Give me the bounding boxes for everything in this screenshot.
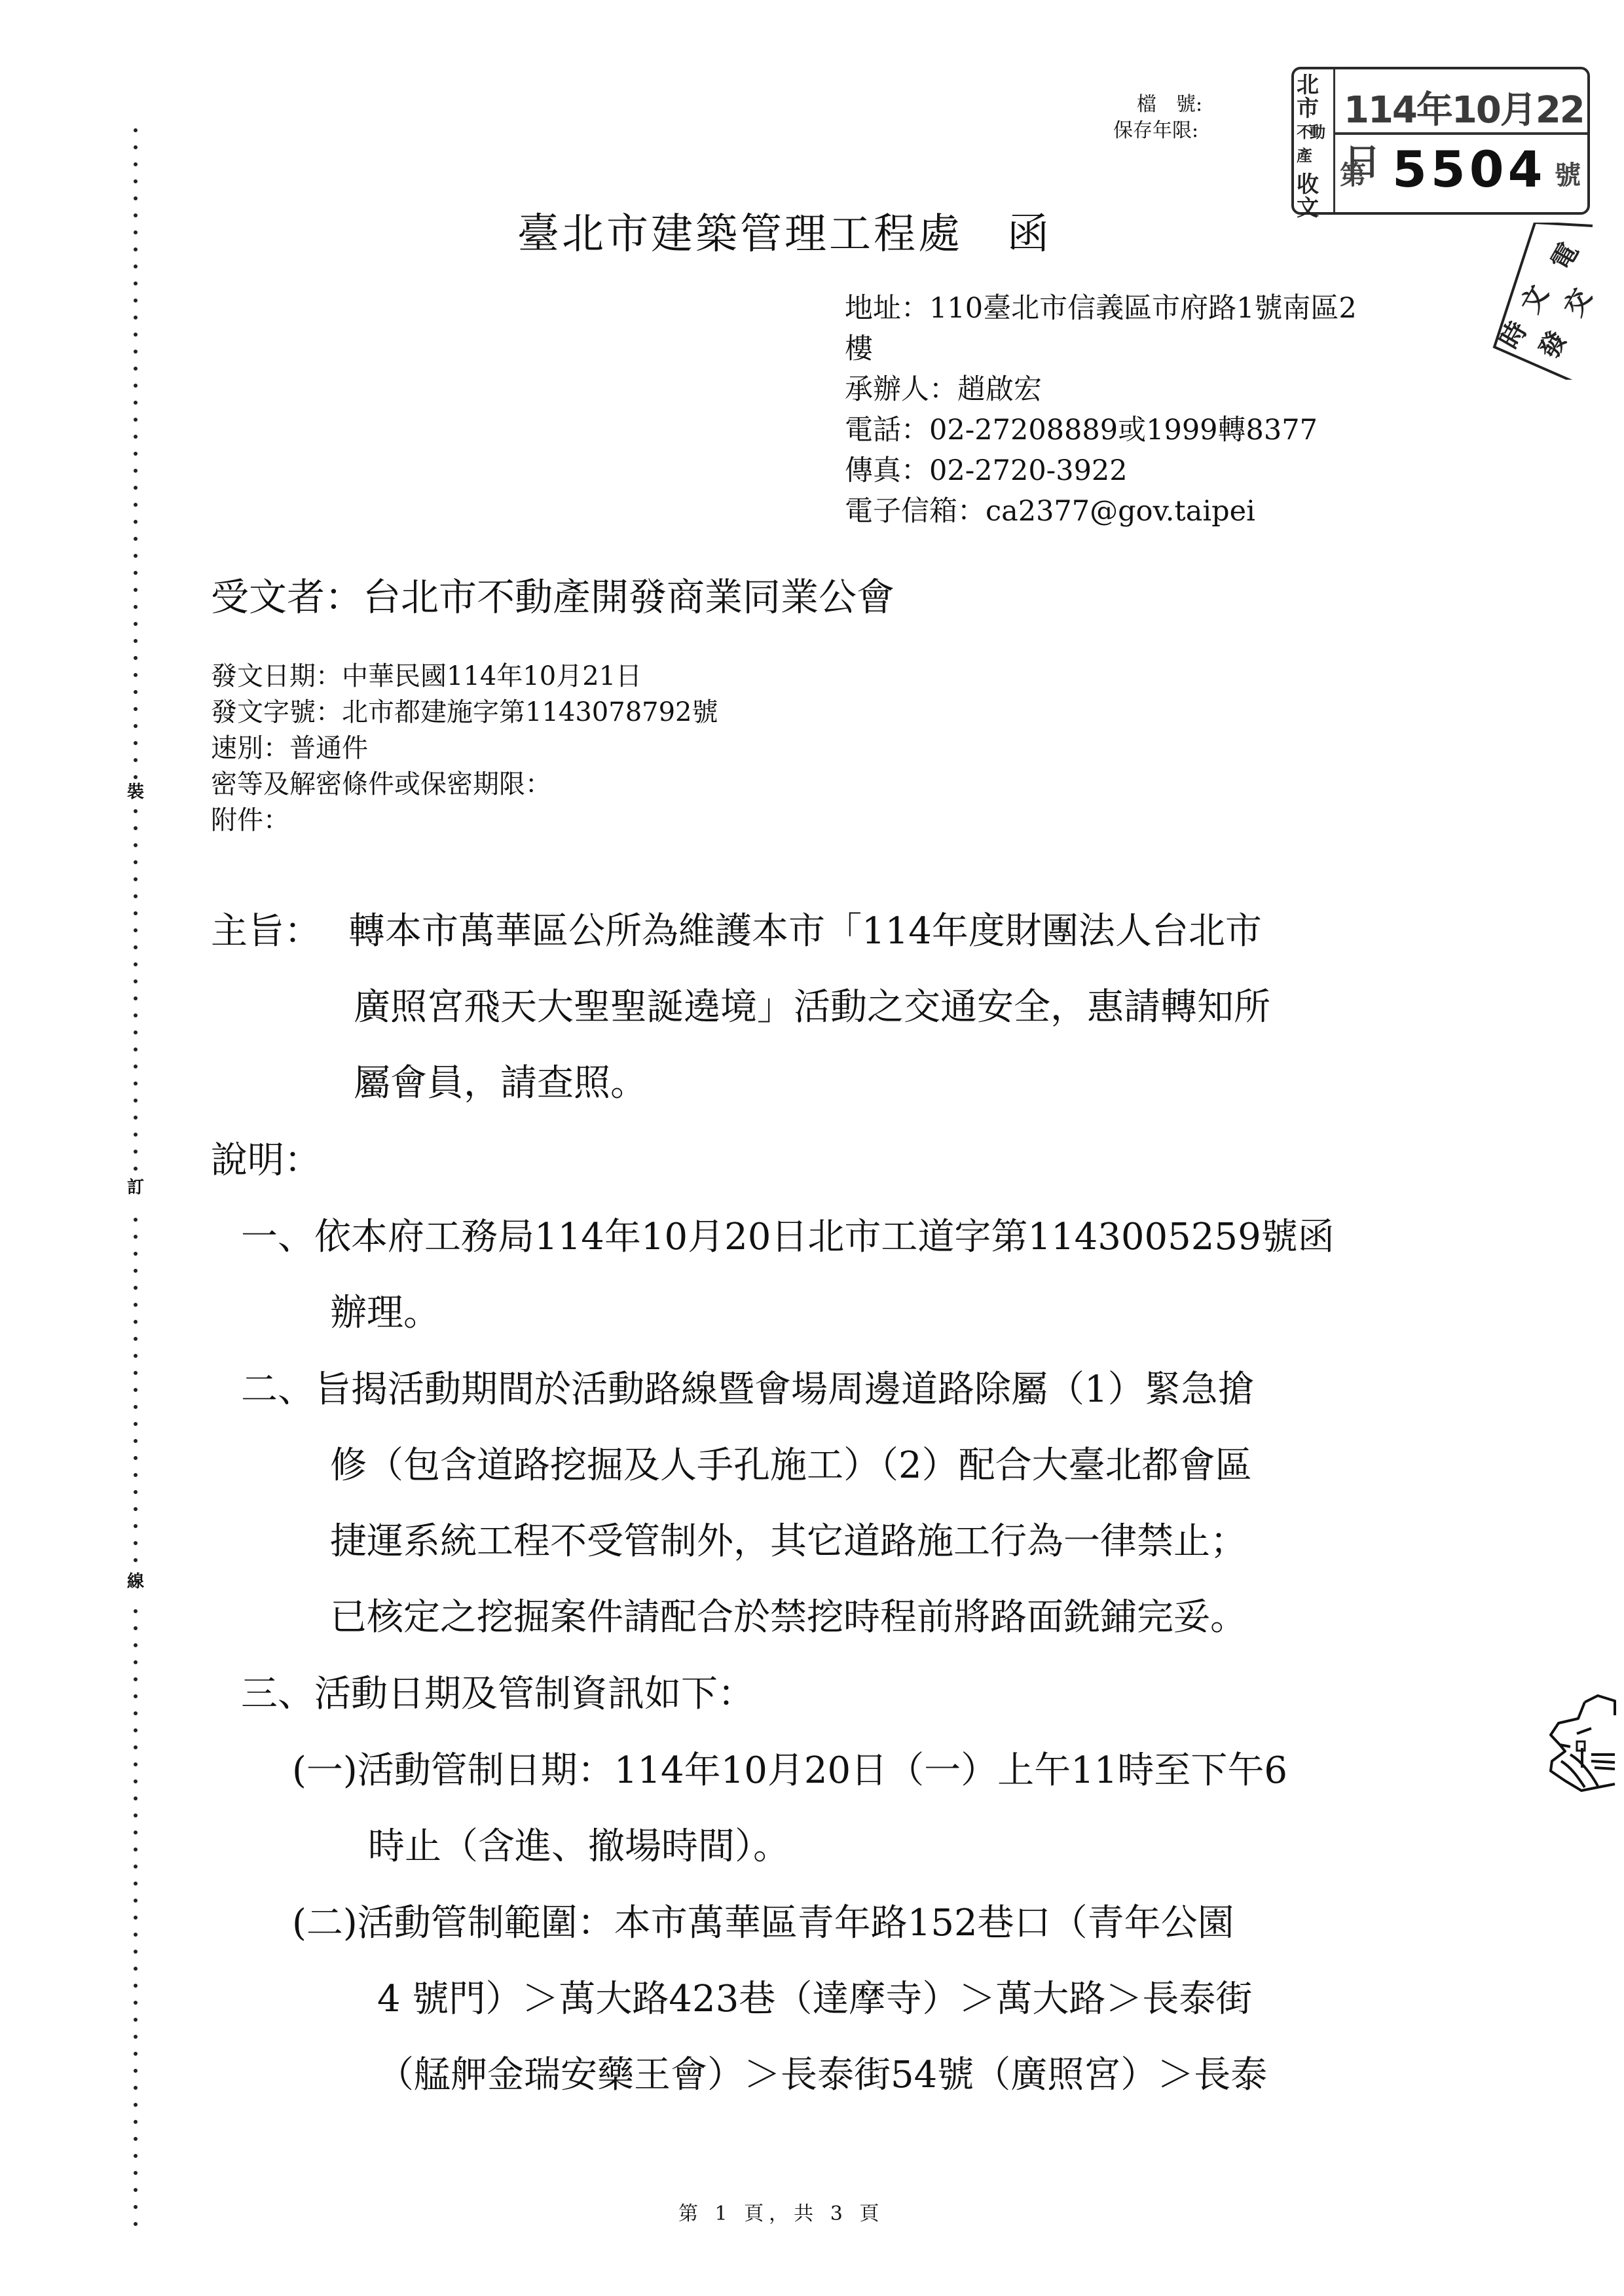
stamp-label-realestate: 不動產 [1297,120,1333,168]
sub-item-1: (一)活動管制日期：114年10月20日（一）上午11時至下午6 時止（含進、撤… [292,1733,1287,1885]
item-2-line-3: 捷運系統工程不受管制外，其它道路施工行為一律禁止； [241,1504,1255,1580]
subject-section: 主旨：轉本市萬華區公所為維護本市「114年度財團法人台北市 廣照宮飛天大聖聖誕遶… [211,894,1270,1121]
margin-dot [134,418,138,422]
margin-dot [134,2205,138,2209]
stamp-number-suffix: 號 [1555,155,1581,192]
item-1-marker: 一、 [241,1216,314,1258]
margin-dot [134,196,138,200]
margin-dot [134,1524,138,1528]
margin-dot [134,1745,138,1749]
margin-dot [134,486,138,490]
document-number: 發文字號：北市都建施字第1143078792號 [211,695,718,731]
margin-dot [134,1286,138,1290]
attachments: 附件： [211,803,718,839]
margin-dot [134,1252,138,1256]
margin-dot [134,1065,138,1068]
stamp-side-labels: 北市 不動產 收文 [1294,69,1335,212]
margin-dot [134,911,138,915]
margin-dot [134,1831,138,1834]
item-2-line-1: 二、旨揭活動期間於活動路線暨會場周邊道路除屬（1）緊急搶 [241,1352,1255,1428]
margin-dot [134,2103,138,2107]
margin-dot [134,1473,138,1477]
explanation-item-1: 一、依本府工務局114年10月20日北市工道字第1143005259號函 辦理。 [241,1199,1335,1351]
margin-dot [134,1762,138,1766]
sub-item-2-line-2: 4 號門）＞萬大路423巷（達摩寺）＞萬大路＞長泰街 [292,1961,1267,2037]
seal-mark-icon [1519,1663,1617,1794]
sub-item-2: (二)活動管制範圍：本市萬華區青年路152巷口（青年公園 4 號門）＞萬大路42… [292,1886,1267,2113]
margin-dot [134,1218,138,1222]
margin-dot [134,826,138,830]
margin-dot [134,1099,138,1102]
item-3-text-1: 活動日期及管制資訊如下： [314,1673,754,1715]
margin-dot [134,1728,138,1732]
margin-dot [134,1643,138,1647]
margin-dot [134,179,138,183]
receipt-stamp: 北市 不動產 收文 114年10月22日 第 5504 號 [1291,67,1590,215]
explanation-label: 說明： [211,1123,321,1199]
document-meta: 發文日期：中華民國114年10月21日 發文字號：北市都建施字第11430787… [211,659,718,839]
sub-item-2-line-1: (二)活動管制範圍：本市萬華區青年路152巷口（青年公園 [292,1886,1267,1961]
margin-dot [134,1933,138,1937]
margin-dot [134,1950,138,1954]
subject-text-1: 轉本市萬華區公所為維護本市「114年度財團法人台北市 [348,910,1262,953]
margin-dot [134,145,138,149]
margin-dot [134,384,138,388]
sub-item-1-line-2: 時止（含進、撤場時間）。 [292,1809,1287,1885]
margin-dot [134,877,138,881]
margin-dot [134,1813,138,1817]
margin-dot [134,1779,138,1783]
page-indicator: 第 1 頁，共 3 頁 [678,2201,884,2227]
margin-dot [134,639,138,643]
margin-dot [134,1490,138,1494]
margin-dot [134,230,138,234]
margin-dot [134,741,138,745]
margin-dot [134,809,138,813]
margin-dot [134,162,138,166]
margin-dot [134,2069,138,2073]
margin-dot [134,1507,138,1511]
margin-dot [134,1677,138,1681]
binding-label-xian: 線 [127,1573,144,1591]
margin-dot [134,1030,138,1034]
margin-dot [134,2035,138,2039]
recipient: 受文者：台北市不動產開發商業同業公會 [211,571,895,623]
margin-dot [134,333,138,337]
item-2-text-1: 旨揭活動期間於活動路線暨會場周邊道路除屬（1）緊急搶 [314,1368,1255,1411]
margin-dot [134,2018,138,2022]
subject-label: 主旨： [211,894,348,970]
margin-dot [134,1558,138,1562]
file-number-label: 檔 號: [1113,92,1202,118]
margin-dot [134,1371,138,1375]
margin-dot [134,2120,138,2124]
subject-line-1: 主旨：轉本市萬華區公所為維護本市「114年度財團法人台北市 [211,894,1270,970]
margin-dot [134,605,138,609]
sub-item-1-marker: (一) [292,1749,358,1792]
margin-dot [134,1082,138,1085]
margin-dot [134,673,138,677]
margin-dot [134,945,138,949]
margin-dot [134,1796,138,1800]
sender-contact: 地址：110臺北市信義區市府路1號南區2 樓 承辦人：趙啟宏 電話：02-272… [845,288,1357,532]
subject-line-3: 屬會員，請查照。 [211,1046,1270,1121]
margin-dot [134,656,138,660]
margin-dot [134,1337,138,1341]
margin-dot [134,962,138,966]
email: 電子信箱：ca2377@gov.taipei [845,491,1357,532]
stamp-number: 5504 [1392,140,1547,198]
margin-dot [134,2086,138,2090]
margin-dot [134,1882,138,1886]
retention-period-label: 保存年限: [1113,118,1202,144]
margin-dot [134,299,138,302]
margin-dot [134,588,138,592]
margin-dot [134,1422,138,1426]
margin-dot [134,1048,138,1051]
item-2-line-4: 已核定之挖掘案件請配合於禁挖時程前將路面銑鋪完妥。 [241,1580,1255,1656]
sub-item-1-text-1: 活動管制日期：114年10月20日（一）上午11時至下午6 [358,1749,1287,1792]
margin-dot [134,2052,138,2056]
margin-dot [134,435,138,439]
explanation-item-2: 二、旨揭活動期間於活動路線暨會場周邊道路除屬（1）緊急搶 修（包含道路挖掘及人手… [241,1352,1255,1656]
stamp-label-received: 收文 [1297,173,1333,220]
margin-dot [134,1984,138,1988]
margin-dot [134,860,138,864]
margin-dot [134,775,138,779]
margin-dot [134,928,138,932]
margin-dot [134,1848,138,1851]
handler: 承辦人：趙啟宏 [845,369,1357,410]
margin-dot [134,894,138,898]
margin-dot [134,1235,138,1239]
margin-dot [134,1711,138,1715]
priority: 速別：普通件 [211,731,718,767]
item-1-text-1: 依本府工務局114年10月20日北市工道字第1143005259號函 [314,1216,1335,1258]
margin-dot [134,622,138,626]
stamp-divider [1333,132,1587,135]
address-line-2: 樓 [845,329,1357,369]
phone: 電話：02-27208889或1999轉8377 [845,410,1357,450]
margin-dot [134,282,138,285]
margin-dot [134,979,138,983]
margin-dot [134,1013,138,1017]
margin-dot [134,1660,138,1664]
item-2-line-2: 修（包含道路挖掘及人手孔施工）（2）配合大臺北都會區 [241,1428,1255,1504]
margin-dot [134,1354,138,1358]
document-title: 臺北市建築管理工程處 函 [517,208,1052,261]
margin-dot [134,758,138,762]
margin-dot [134,367,138,371]
margin-dot [134,690,138,694]
item-1-line-1: 一、依本府工務局114年10月20日北市工道字第1143005259號函 [241,1199,1335,1275]
subject-line-2: 廣照宮飛天大聖聖誕遶境」活動之交通安全，惠請轉知所 [211,970,1270,1046]
margin-dot [134,401,138,405]
sub-item-1-line-1: (一)活動管制日期：114年10月20日（一）上午11時至下午6 [292,1733,1287,1809]
sub-item-2-marker: (二) [292,1902,358,1944]
explanation-item-3: 三、活動日期及管制資訊如下： [241,1656,754,1732]
file-meta: 檔 號: 保存年限: [1113,92,1202,144]
margin-dot [134,707,138,711]
margin-dot [134,2154,138,2158]
binding-label-zhuang: 裝 [127,783,144,801]
margin-dot [134,2137,138,2141]
margin-dot [134,1150,138,1154]
margin-dot [134,213,138,217]
address-line-1: 地址：110臺北市信義區市府路1號南區2 [845,288,1357,329]
margin-dot [134,1694,138,1698]
margin-dot [134,247,138,251]
item-1-line-2: 辦理。 [241,1275,1335,1351]
margin-dot [134,724,138,728]
classification: 密等及解密條件或保密期限： [211,767,718,803]
margin-dot [134,1865,138,1868]
margin-dot [134,2171,138,2175]
stamp-label-city: 北市 [1297,73,1333,120]
margin-dot [134,1116,138,1120]
margin-dot [134,1541,138,1545]
margin-dot [134,1456,138,1460]
margin-dot [134,571,138,575]
electronic-delivery-stamp: 電 文 交 時 發 [1488,223,1599,380]
margin-dot [134,1609,138,1613]
margin-dot [134,520,138,524]
margin-dot [134,452,138,456]
margin-dot [134,1269,138,1273]
fax: 傳真：02-2720-3922 [845,450,1357,491]
margin-dot [134,469,138,473]
margin-dot [134,1167,138,1171]
item-3-line-1: 三、活動日期及管制資訊如下： [241,1656,754,1732]
margin-dot [134,1626,138,1630]
sub-item-2-line-3: （艋舺金瑞安藥王會）＞長泰街54號（廣照宮）＞長泰 [292,2037,1267,2113]
margin-dot [134,1916,138,1920]
margin-dot [134,1967,138,1971]
margin-dot [134,996,138,1000]
item-3-marker: 三、 [241,1673,314,1715]
margin-dot [134,2188,138,2192]
seal-mark [1519,1663,1617,1794]
issue-date: 發文日期：中華民國114年10月21日 [211,659,718,695]
item-2-marker: 二、 [241,1368,314,1411]
stamp-number-prefix: 第 [1340,155,1366,192]
margin-dot [134,1320,138,1324]
margin-dot [134,1899,138,1903]
margin-dot [134,128,138,132]
margin-dot [134,1388,138,1392]
margin-dot [134,1405,138,1409]
margin-dot [134,2222,138,2226]
margin-dot [134,1133,138,1137]
margin-dot [134,1439,138,1443]
margin-dot [134,350,138,354]
margin-dot [134,2001,138,2005]
binding-margin: 裝 訂 線 [128,0,144,2296]
margin-dot [134,554,138,558]
binding-label-ding: 訂 [127,1178,144,1197]
margin-dot [134,1303,138,1307]
margin-dot [134,537,138,541]
sub-item-2-text-1: 活動管制範圍：本市萬華區青年路152巷口（青年公園 [358,1902,1234,1944]
margin-dot [134,316,138,319]
margin-dot [134,264,138,268]
margin-dot [134,503,138,507]
margin-dot [134,843,138,847]
